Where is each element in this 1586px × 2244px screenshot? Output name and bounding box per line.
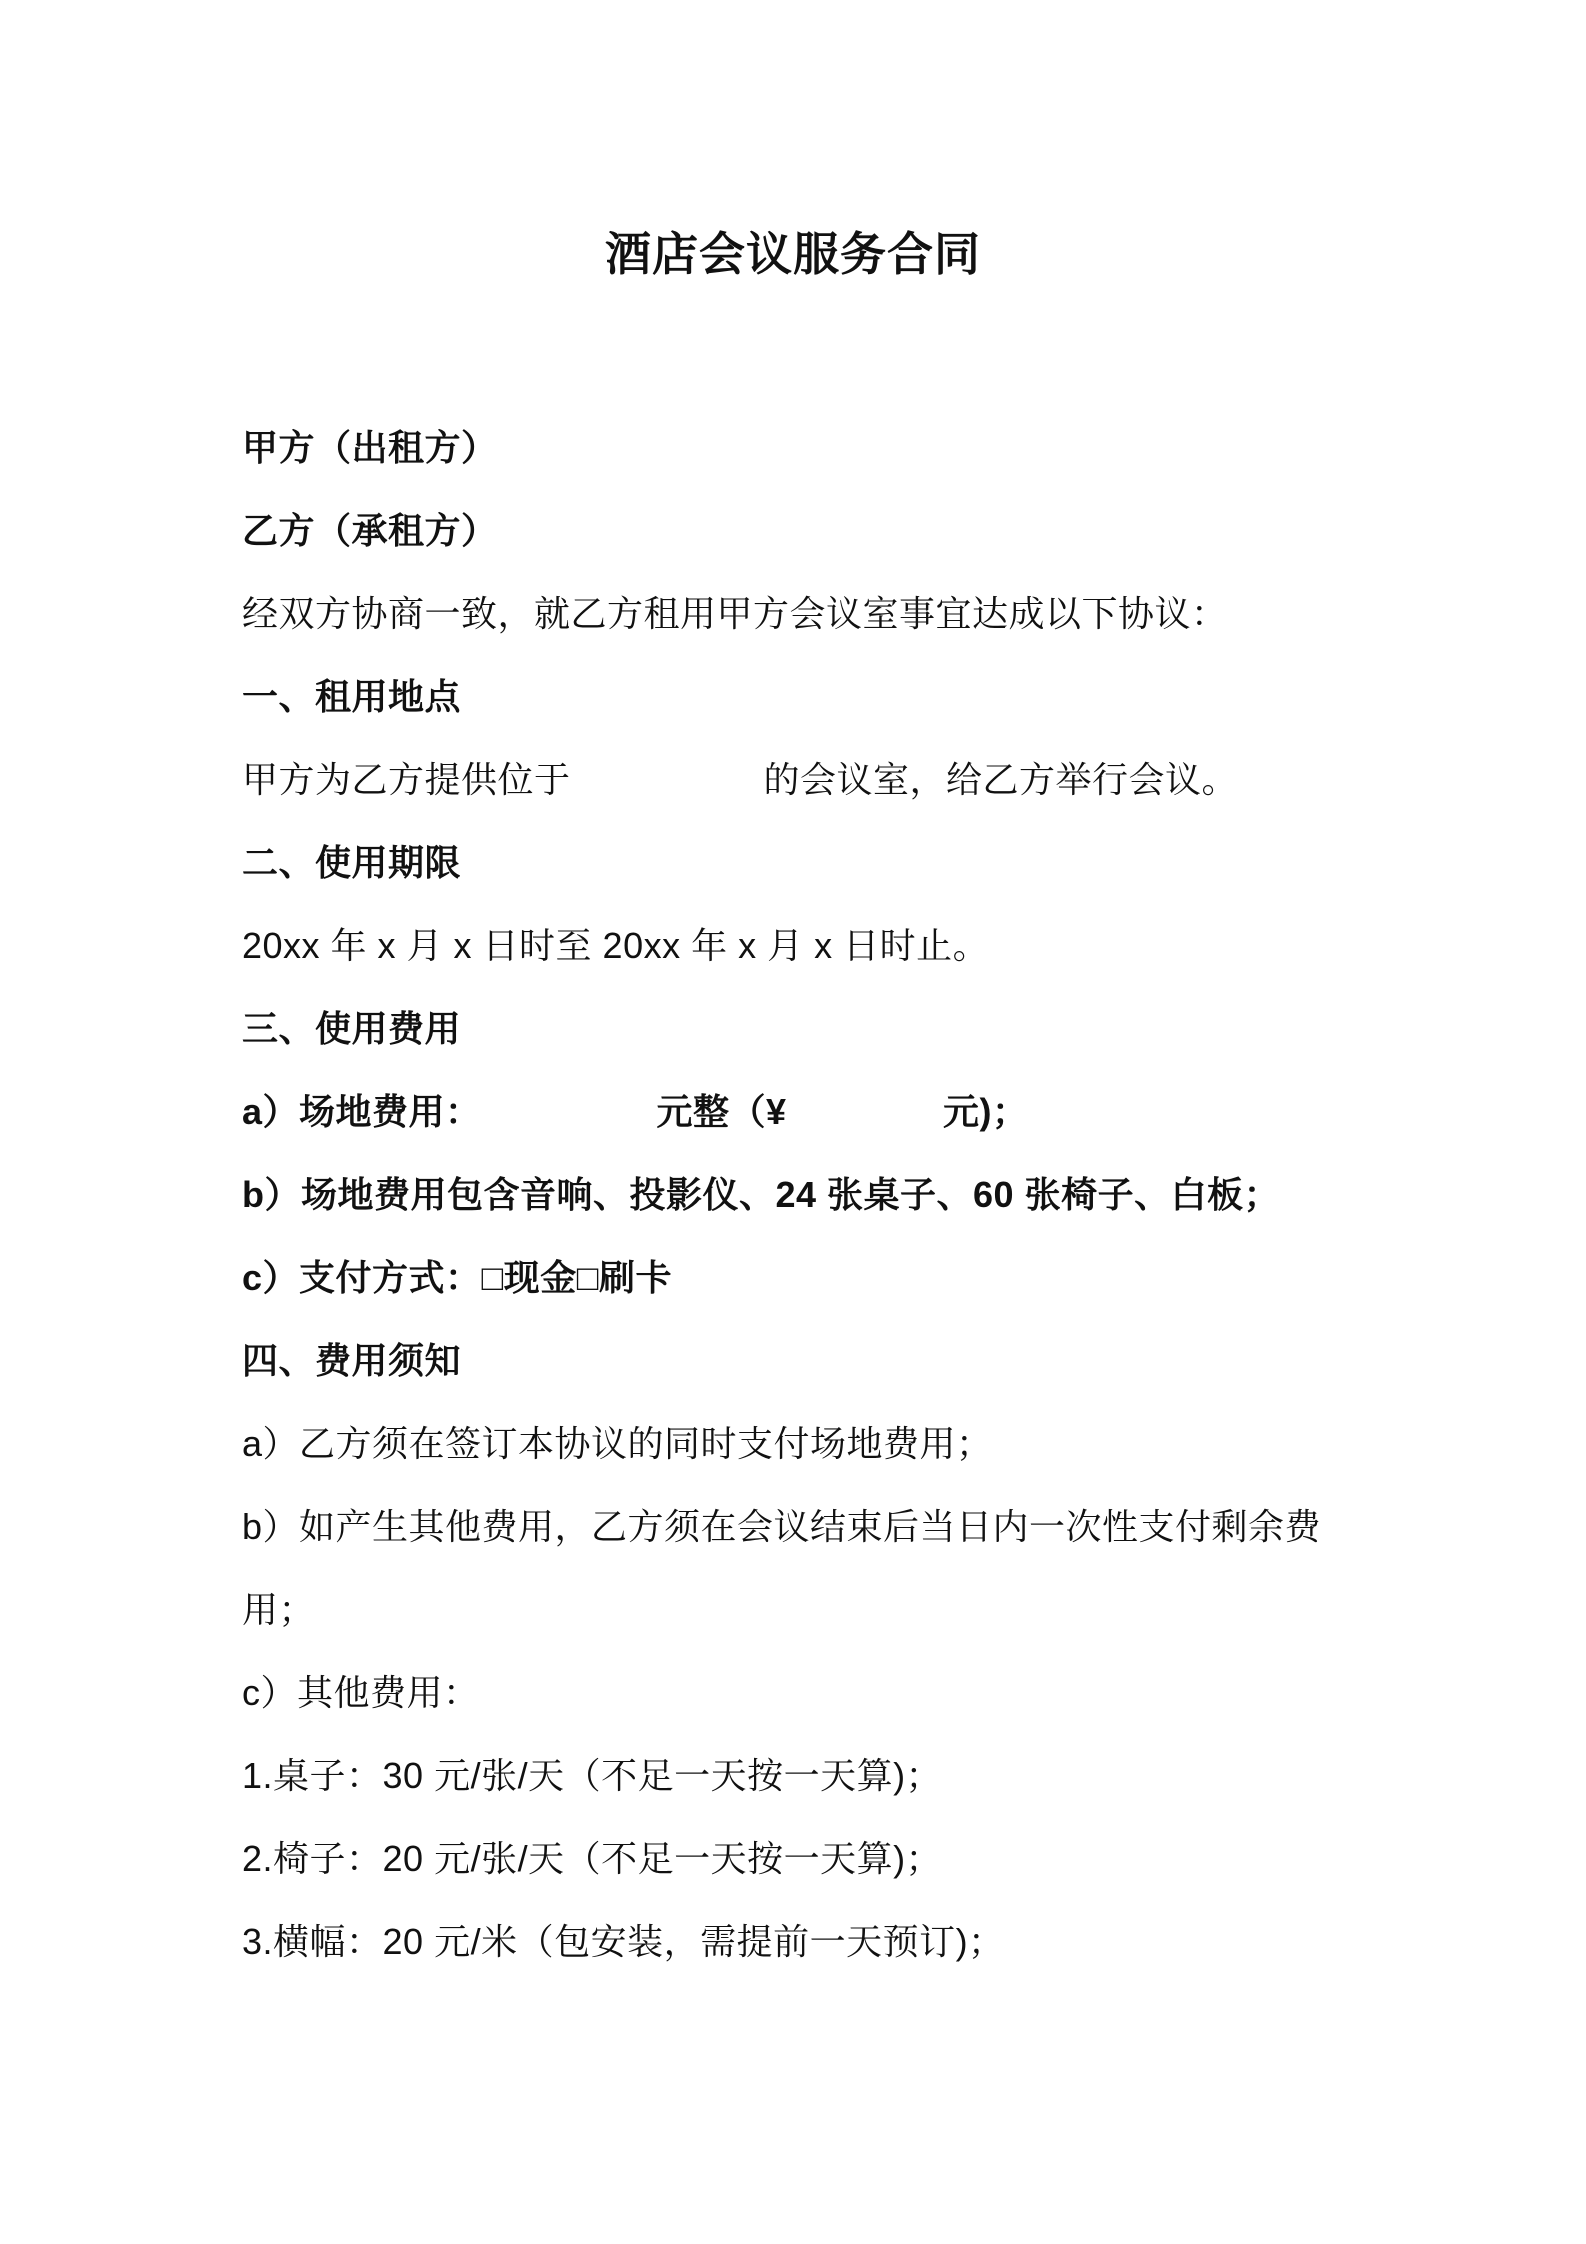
section-3-item-b: b）场地费用包含音响、投影仪、24 张桌子、60 张椅子、白板； (242, 1167, 1280, 1218)
section-4-item-a: a）乙方须在签订本协议的同时支付场地费用； (242, 1416, 993, 1467)
section-2-heading: 二、使用期限 (242, 835, 461, 886)
section-1-body: 甲方为乙方提供位于 的会议室，给乙方举行会议。 (242, 752, 1238, 803)
preamble-line: 经双方协商一致，就乙方租用甲方会议室事宜达成以下协议： (242, 586, 1228, 637)
document-page: 酒店会议服务合同 甲方（出租方） 乙方（承租方） 经双方协商一致，就乙方租用甲方… (0, 0, 1586, 2244)
other-fee-item-table: 1.桌子：30 元/张/天（不足一天按一天算)； (242, 1748, 942, 1799)
document-title: 酒店会议服务合同 (0, 218, 1586, 284)
section-4-item-c: c）其他费用： (242, 1665, 480, 1716)
section-1-heading: 一、租用地点 (242, 669, 461, 720)
party-a-line: 甲方（出租方） (242, 420, 498, 471)
section-2-body: 20xx 年 x 月 x 日时至 20xx 年 x 月 x 日时止。 (242, 918, 989, 969)
other-fee-item-chair: 2.椅子：20 元/张/天（不足一天按一天算)； (242, 1831, 942, 1882)
section-4-heading: 四、费用须知 (242, 1333, 461, 1384)
section-3-item-a: a）场地费用： 元整（¥ 元)； (242, 1084, 1029, 1135)
section-3-heading: 三、使用费用 (242, 1001, 461, 1052)
party-b-line: 乙方（承租方） (242, 503, 498, 554)
other-fee-item-banner: 3.横幅：20 元/米（包安装，需提前一天预订)； (242, 1914, 1005, 1965)
section-3-item-c: c）支付方式：□现金□刷卡 (242, 1250, 672, 1301)
section-4-item-b: b）如产生其他费用，乙方须在会议结束后当日内一次性支付剩余费 (242, 1499, 1321, 1550)
section-4-item-b-cont: 用； (242, 1582, 315, 1633)
